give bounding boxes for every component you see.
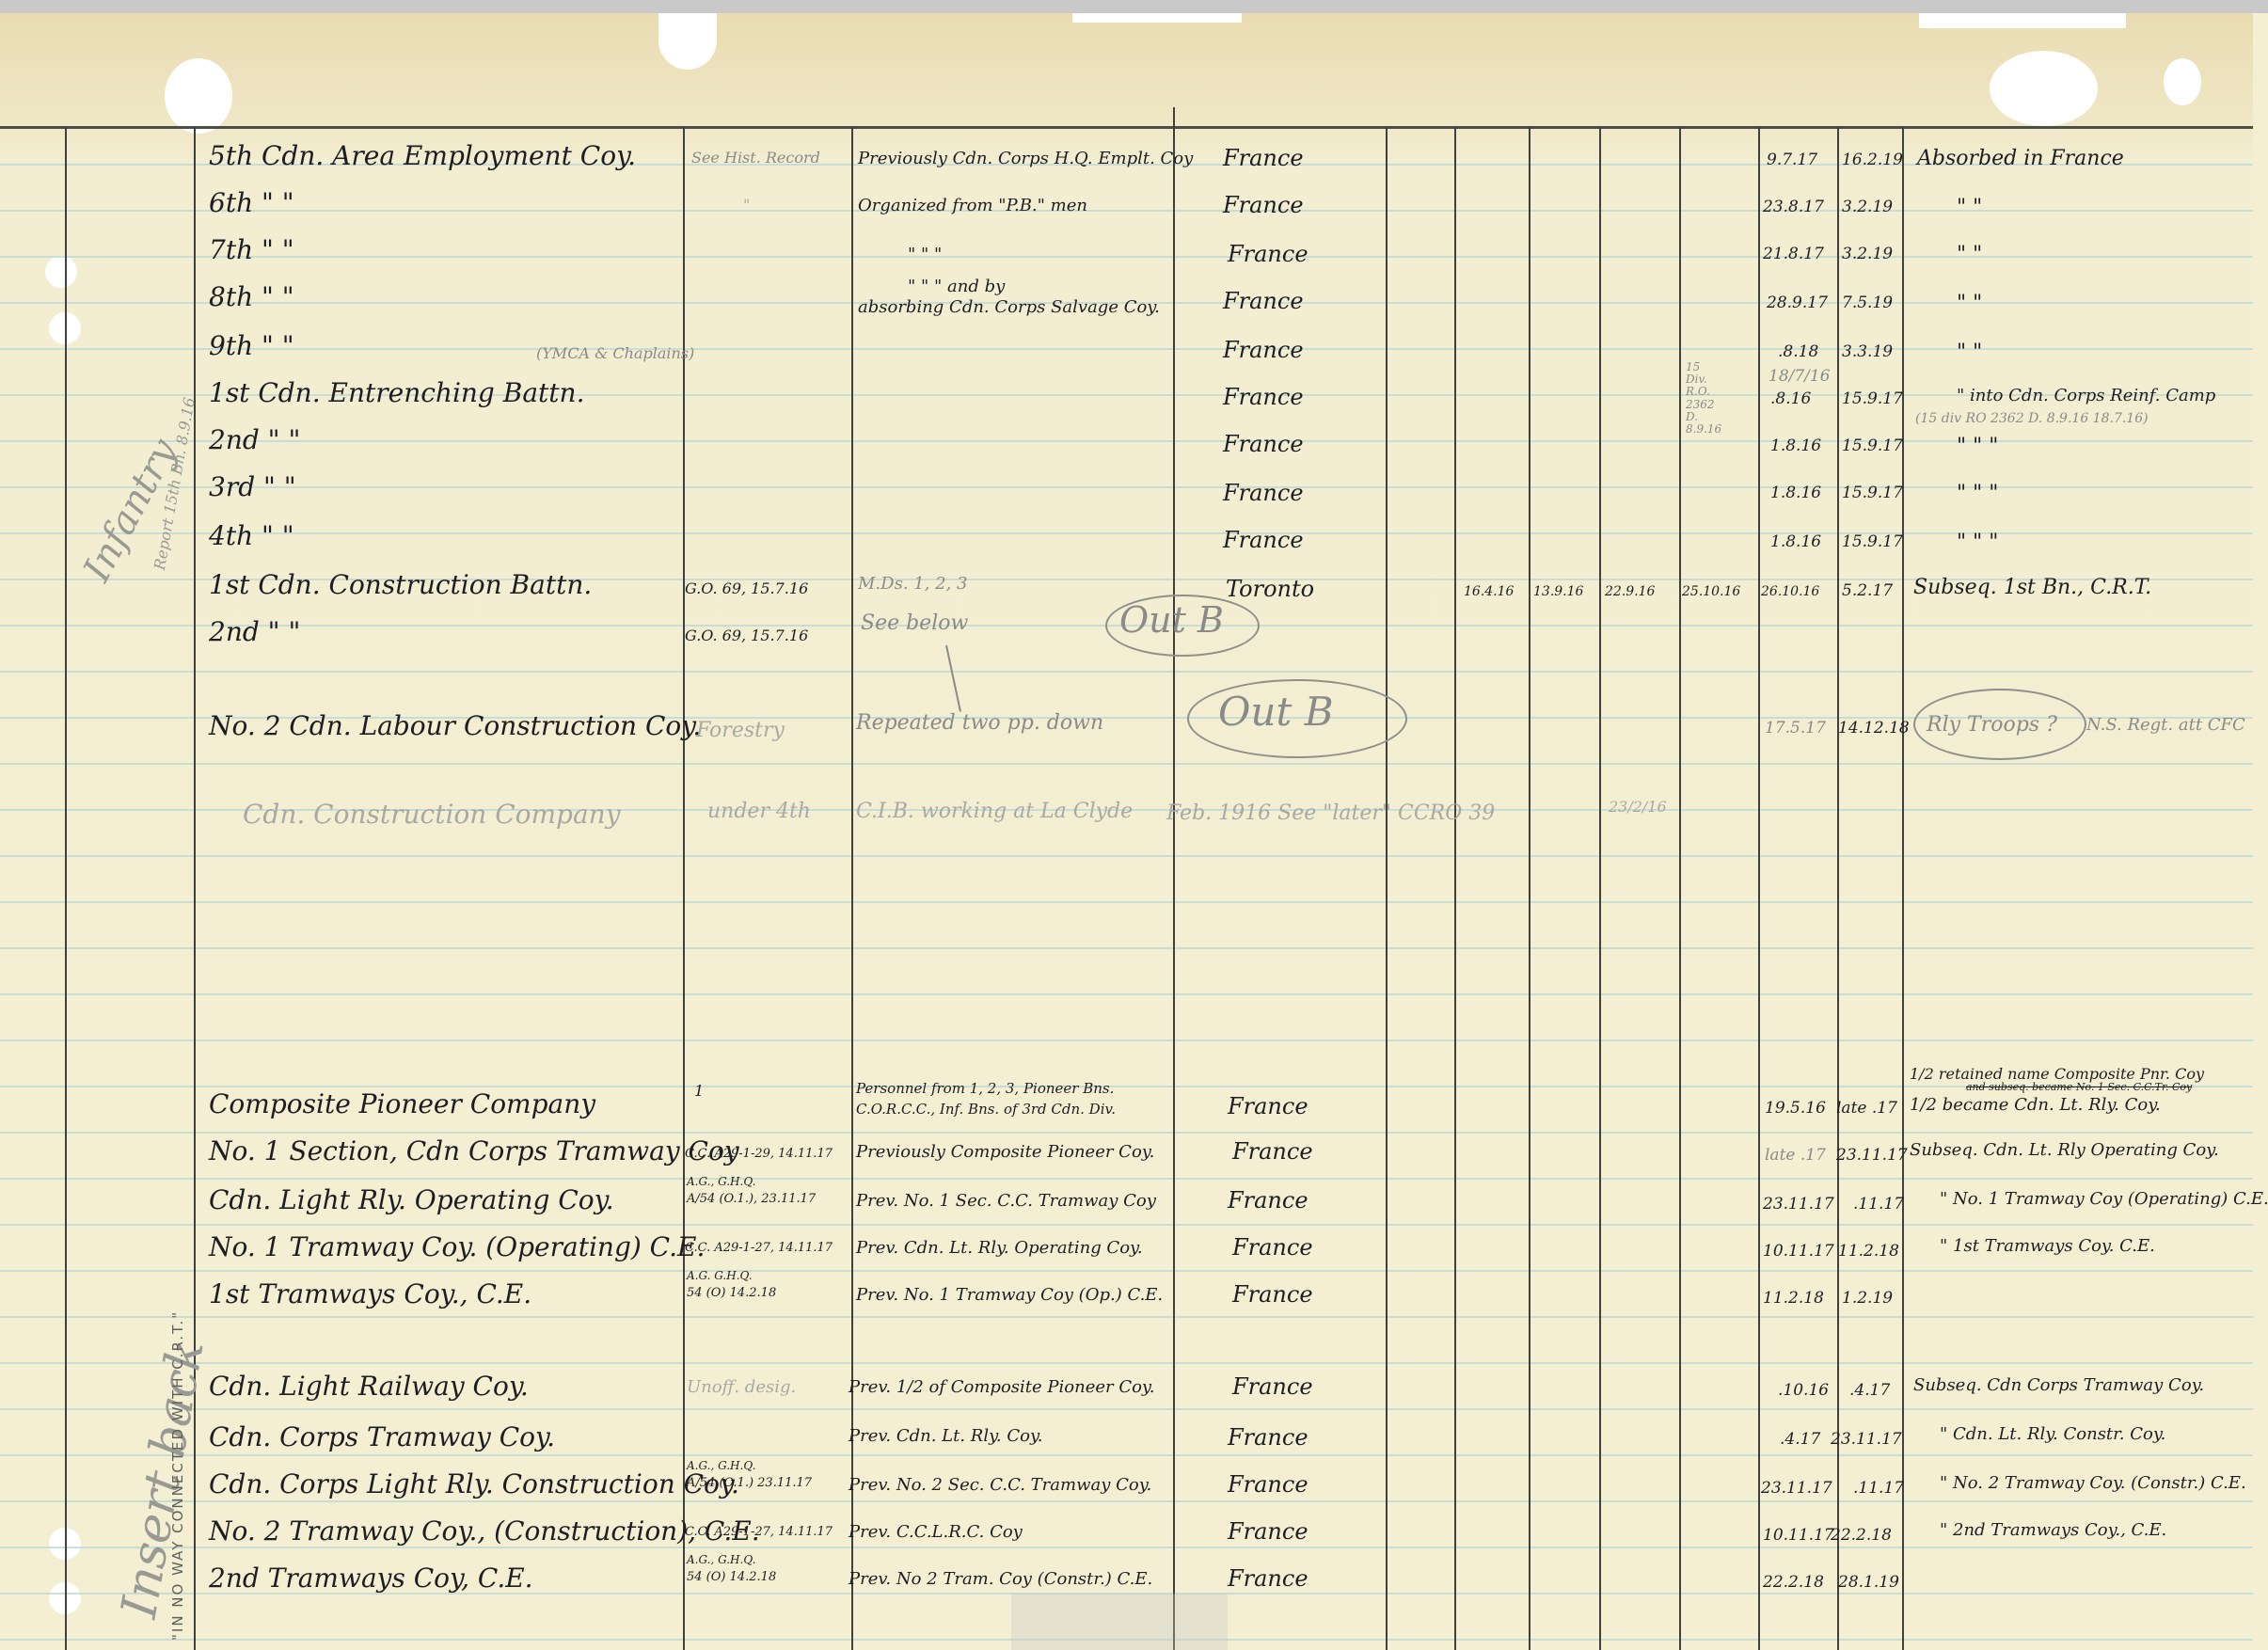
unit-name: No. 2 Tramway Coy., (Construction), C.E.	[209, 1518, 760, 1545]
date-to: 14.12.18	[1838, 721, 1910, 737]
disposal: Subseq. Cdn Corps Tramway Coy.	[1913, 1377, 2204, 1394]
disposal: " " "	[1957, 484, 1998, 504]
unit-name: 1st Cdn. Entrenching Battn.	[209, 380, 584, 406]
remarks: Previously Cdn. Corps H.Q. Emplt. Coy	[858, 151, 1193, 167]
disposal-note: N.S. Regt. att CFC	[2086, 717, 2245, 734]
scan-border	[0, 0, 2268, 13]
location: France	[1232, 1140, 1313, 1163]
ruled-line	[0, 1316, 2253, 1318]
scan-shadow	[1011, 1594, 1228, 1650]
ledger-page: Infantry Report 15th Bn. 8.9.16 Insert b…	[0, 13, 2253, 1650]
remarks: Prev. Cdn. Lt. Rly. Coy.	[849, 1428, 1042, 1445]
unit-name: Composite Pioneer Company	[209, 1091, 595, 1118]
ruled-line	[0, 1178, 2253, 1180]
disposal: " "	[1957, 342, 1982, 363]
disposal: " No. 2 Tramway Coy. (Constr.) C.E.	[1940, 1475, 2246, 1492]
column-line	[65, 127, 67, 1650]
date-to: 28.1.19	[1838, 1575, 1899, 1591]
unit-name: Cdn. Light Rly. Operating Coy.	[209, 1187, 614, 1214]
authority: See Hist. Record	[691, 151, 820, 166]
ruled-line	[0, 901, 2253, 903]
ruled-line	[0, 671, 2253, 673]
date-to: 3.2.19	[1842, 246, 1893, 262]
ruled-line	[0, 1224, 2253, 1226]
date-from: 17.5.17	[1765, 721, 1826, 737]
authority: Forestry	[696, 721, 785, 741]
date-to: 16.2.19	[1842, 152, 1903, 168]
authority: C.C. A29-1-27, 14.11.17	[685, 1526, 833, 1538]
unit-name: No. 1 Section, Cdn Corps Tramway Coy	[209, 1138, 739, 1165]
location: Toronto	[1226, 578, 1314, 600]
remarks: Prev. 1/2 of Composite Pioneer Coy.	[849, 1379, 1154, 1396]
date-col-2: 13.9.16	[1533, 585, 1583, 598]
ruled-line	[0, 1500, 2253, 1502]
column-line	[851, 127, 853, 1650]
column-line	[1679, 127, 1681, 1650]
remarks: Repeated two pp. down	[856, 713, 1103, 734]
torn-edge	[1919, 13, 2126, 28]
stamp-out: Out B	[1218, 692, 1334, 732]
date-col-3: 22.9.16	[1605, 585, 1655, 598]
date-from: 1.8.16	[1770, 534, 1821, 550]
location: France	[1223, 529, 1304, 551]
ruled-line	[0, 1547, 2253, 1548]
date-from: 1.8.16	[1770, 438, 1821, 454]
location: France	[1232, 1236, 1313, 1259]
location: France	[1223, 290, 1304, 312]
location: France	[1228, 243, 1308, 265]
unit-name: 7th " "	[209, 237, 294, 263]
remarks: Prev. No. 2 Sec. C.C. Tramway Coy.	[849, 1477, 1151, 1494]
date-note: 15 Div. R.O. 2362 D. 8.9.16	[1686, 361, 1723, 436]
ruled-line	[0, 440, 2253, 442]
ruled-line	[0, 1132, 2253, 1134]
remarks: Prev. Cdn. Lt. Rly. Operating Coy.	[856, 1240, 1143, 1257]
unit-name: Cdn. Corps Tramway Coy.	[209, 1424, 555, 1451]
date-to: 15.9.17	[1842, 438, 1903, 454]
remarks: " " "	[908, 246, 942, 263]
unit-name: 8th " "	[209, 284, 294, 310]
unit-name: 3rd " "	[209, 474, 296, 500]
date-to: 23.11.17	[1836, 1148, 1908, 1164]
date-from: .4.17	[1780, 1432, 1820, 1448]
disposal-above: 1/2 retained name Composite Pnr. Coy	[1910, 1067, 2204, 1082]
unit-name: 1st Tramways Coy., C.E.	[209, 1281, 531, 1308]
date-from: 23.11.17	[1763, 1197, 1834, 1213]
authority-above: A.G., G.H.Q.	[687, 1460, 755, 1471]
ruled-line	[0, 1362, 2253, 1364]
remarks-2: C.O.R.C.C., Inf. Bns. of 3rd Cdn. Div.	[856, 1103, 1116, 1117]
date-from: 23.8.17	[1763, 199, 1824, 215]
punch-hole	[165, 58, 232, 134]
authority: A/54 (O.1.), 23.11.17	[687, 1193, 816, 1205]
unit-name: Cdn. Construction Company	[243, 801, 621, 828]
ruled-line	[0, 855, 2253, 857]
disposal: Rly Troops ?	[1927, 715, 2057, 736]
date-from: 23.11.17	[1761, 1481, 1832, 1497]
disposal: " 2nd Tramways Coy., C.E.	[1940, 1522, 2166, 1539]
disposal: Absorbed in France	[1917, 149, 2124, 169]
disposal: " " "	[1957, 532, 1998, 553]
remarks: See below	[861, 613, 968, 634]
remarks: Prev. C.C.L.R.C. Coy	[849, 1524, 1023, 1541]
torn-edge	[658, 13, 717, 70]
ruled-line	[0, 1408, 2253, 1410]
disposal: " " "	[1957, 436, 1998, 457]
authority: under 4th	[707, 801, 811, 822]
disposal: 1/2 became Cdn. Lt. Rly. Coy.	[1910, 1097, 2161, 1114]
date-to: .4.17	[1849, 1383, 1890, 1399]
ruled-line	[0, 947, 2253, 949]
column-line	[1454, 127, 1456, 1650]
unit-name: 2nd Tramways Coy, C.E.	[209, 1565, 533, 1592]
date-to: .11.17	[1853, 1481, 1904, 1497]
location: France	[1228, 1473, 1308, 1496]
location: France	[1223, 433, 1304, 455]
date-col-1: 16.4.16	[1464, 585, 1514, 598]
location: France	[1228, 1520, 1308, 1543]
authority: "	[743, 198, 750, 213]
remarks: Prev. No. 1 Tramway Coy (Op.) C.E.	[856, 1287, 1163, 1304]
ruled-line	[0, 348, 2253, 350]
ruled-line	[0, 1039, 2253, 1041]
location: France	[1223, 194, 1304, 216]
date-from: .8.18	[1778, 344, 1818, 360]
location: France	[1223, 386, 1304, 408]
punch-hole	[2164, 58, 2201, 105]
authority: 1	[694, 1084, 704, 1099]
disposal: " "	[1957, 198, 1982, 218]
column-line	[1837, 127, 1839, 1650]
unit-name: 9th " "	[209, 333, 294, 359]
date-to: 15.9.17	[1842, 485, 1903, 501]
column-line	[1173, 107, 1175, 1650]
disposal: " No. 1 Tramway Coy (Operating) C.E.	[1940, 1191, 2268, 1208]
disposal: Subseq. Cdn. Lt. Rly Operating Coy.	[1910, 1142, 2219, 1159]
torn-edge	[1072, 13, 1242, 23]
authority-above: A.G. G.H.Q.	[687, 1270, 753, 1281]
authority: 54 (O) 14.2.18	[687, 1571, 776, 1583]
ruled-line	[0, 256, 2253, 258]
remarks-above: " " " and by	[908, 278, 1005, 295]
date-from: 21.8.17	[1763, 246, 1824, 262]
date-from: late .17	[1765, 1148, 1826, 1164]
date-col-4: 25.10.16	[1682, 585, 1740, 598]
date-from: 22.2.18	[1763, 1575, 1824, 1591]
extra-note: Feb. 1916 See "later" CCRO 39	[1166, 803, 1495, 824]
remarks: Organized from "P.B." men	[858, 198, 1087, 214]
column-line	[1758, 127, 1760, 1650]
date-note-arrow: 18/7/16	[1768, 369, 1831, 385]
authority-above: A.G., G.H.Q.	[687, 1554, 755, 1565]
disposal: " Cdn. Lt. Rly. Constr. Coy.	[1940, 1426, 2165, 1443]
remarks: Previously Composite Pioneer Coy.	[856, 1144, 1154, 1161]
authority: A/54 (O.1.) 23.11.17	[687, 1477, 812, 1489]
date-from: 28.9.17	[1767, 295, 1828, 311]
column-line	[1386, 127, 1388, 1650]
date-to: 5.2.17	[1842, 583, 1893, 599]
unit-name: 2nd " "	[209, 619, 300, 645]
unit-name: 1st Cdn. Construction Battn.	[209, 572, 592, 598]
unit-name: 5th Cdn. Area Employment Coy.	[209, 143, 636, 169]
date-to: 22.2.18	[1831, 1528, 1892, 1544]
date-to: 3.3.19	[1842, 344, 1893, 360]
disposal: Subseq. 1st Bn., C.R.T.	[1913, 578, 2151, 598]
date-to: 15.9.17	[1842, 391, 1903, 407]
unit-name: No. 2 Cdn. Labour Construction Coy.	[209, 713, 701, 739]
column-line	[1529, 127, 1531, 1650]
date-to: 15.9.17	[1842, 534, 1903, 550]
date-from: .8.16	[1770, 391, 1811, 407]
ruled-line	[0, 532, 2253, 534]
date-from: 19.5.16	[1765, 1101, 1826, 1117]
date-to: 1.2.19	[1842, 1291, 1893, 1307]
disposal: " "	[1957, 245, 1982, 265]
ruled-line	[0, 763, 2253, 765]
authority: G.O. 69, 15.7.16	[685, 581, 808, 596]
unit-note: (YMCA & Chaplains)	[536, 346, 694, 361]
date-to: 23.11.17	[1831, 1432, 1902, 1448]
location: France	[1223, 147, 1304, 169]
disposal: " 1st Tramways Coy. C.E.	[1940, 1238, 2155, 1255]
authority: G.O. 69, 15.7.16	[685, 628, 808, 643]
ruled-line	[0, 1086, 2253, 1087]
unit-name: 4th " "	[209, 523, 294, 549]
location: France	[1232, 1375, 1313, 1398]
location: France	[1228, 1426, 1308, 1449]
authority: 54 (O) 14.2.18	[687, 1287, 776, 1299]
ruled-line	[0, 210, 2253, 212]
date-from: 11.2.18	[1763, 1291, 1824, 1307]
location: France	[1223, 339, 1304, 361]
date-to: 3.2.19	[1842, 199, 1893, 215]
column-line	[1599, 127, 1601, 1650]
date-to: 7.5.19	[1842, 295, 1893, 311]
remarks: Prev. No 2 Tram. Coy (Constr.) C.E.	[849, 1571, 1152, 1588]
location: France	[1232, 1283, 1313, 1306]
location: France	[1228, 1567, 1308, 1590]
column-line	[1902, 127, 1904, 1650]
ruled-line	[0, 1454, 2253, 1456]
unit-name: 2nd " "	[209, 427, 300, 453]
location: France	[1223, 482, 1304, 504]
disposal-above-2: and subseq. became No. 1 Sec. C.C.Tr. Co…	[1966, 1082, 2192, 1092]
date-from: 10.11.17	[1763, 1244, 1834, 1260]
punch-hole	[45, 256, 77, 288]
ruled-line	[0, 993, 2253, 995]
remarks: Prev. No. 1 Sec. C.C. Tramway Coy	[856, 1193, 1156, 1210]
date-to: 11.2.18	[1838, 1244, 1899, 1260]
unit-name: Cdn. Light Railway Coy.	[209, 1373, 529, 1400]
printed-stamp: "IN NO WAY CONNECTED WITH C.R.T."	[169, 1310, 186, 1641]
authority: C.C. A29-1-29, 14.11.17	[685, 1148, 833, 1160]
remarks: M.Ds. 1, 2, 3	[858, 576, 968, 593]
date-from: .10.16	[1778, 1383, 1829, 1399]
disposal: " "	[1957, 294, 1982, 314]
disposal: " into Cdn. Corps Reinf. Camp	[1957, 388, 2215, 405]
date-from: 9.7.17	[1767, 152, 1817, 168]
ruled-line	[0, 1270, 2253, 1272]
unit-name: 6th " "	[209, 190, 294, 216]
margin-note-insert-back: Insert back	[111, 1336, 215, 1623]
stamp-out: Out B	[1119, 602, 1224, 638]
arrow-down-icon	[945, 645, 961, 712]
authority-above: A.G., G.H.Q.	[687, 1176, 755, 1187]
remarks: Personnel from 1, 2, 3, Pioneer Bns.	[856, 1082, 1114, 1096]
remarks: C.I.B. working at La Clyde	[856, 801, 1133, 822]
extra-date: 23/2/16	[1609, 800, 1667, 815]
date-to: late .17	[1836, 1101, 1897, 1117]
remarks: absorbing Cdn. Corps Salvage Coy.	[858, 299, 1160, 316]
date-to: .11.17	[1853, 1197, 1904, 1213]
date-from: 10.11.17	[1763, 1528, 1834, 1544]
location: France	[1228, 1095, 1308, 1118]
unit-name: Cdn. Corps Light Rly. Construction Coy.	[209, 1471, 739, 1498]
punch-hole	[1990, 51, 2098, 126]
date-from: 26.10.16	[1761, 585, 1819, 598]
authority: C.C. A29-1-27, 14.11.17	[685, 1242, 833, 1254]
unit-name: No. 1 Tramway Coy. (Operating) C.E.	[209, 1234, 705, 1261]
ruled-line	[0, 486, 2253, 488]
header-rule	[0, 126, 2253, 129]
disposal-note: (15 div RO 2362 D. 8.9.16 18.7.16)	[1915, 412, 2149, 425]
authority: Unoff. desig.	[687, 1379, 796, 1396]
location: France	[1228, 1189, 1308, 1212]
date-from: 1.8.16	[1770, 485, 1821, 501]
